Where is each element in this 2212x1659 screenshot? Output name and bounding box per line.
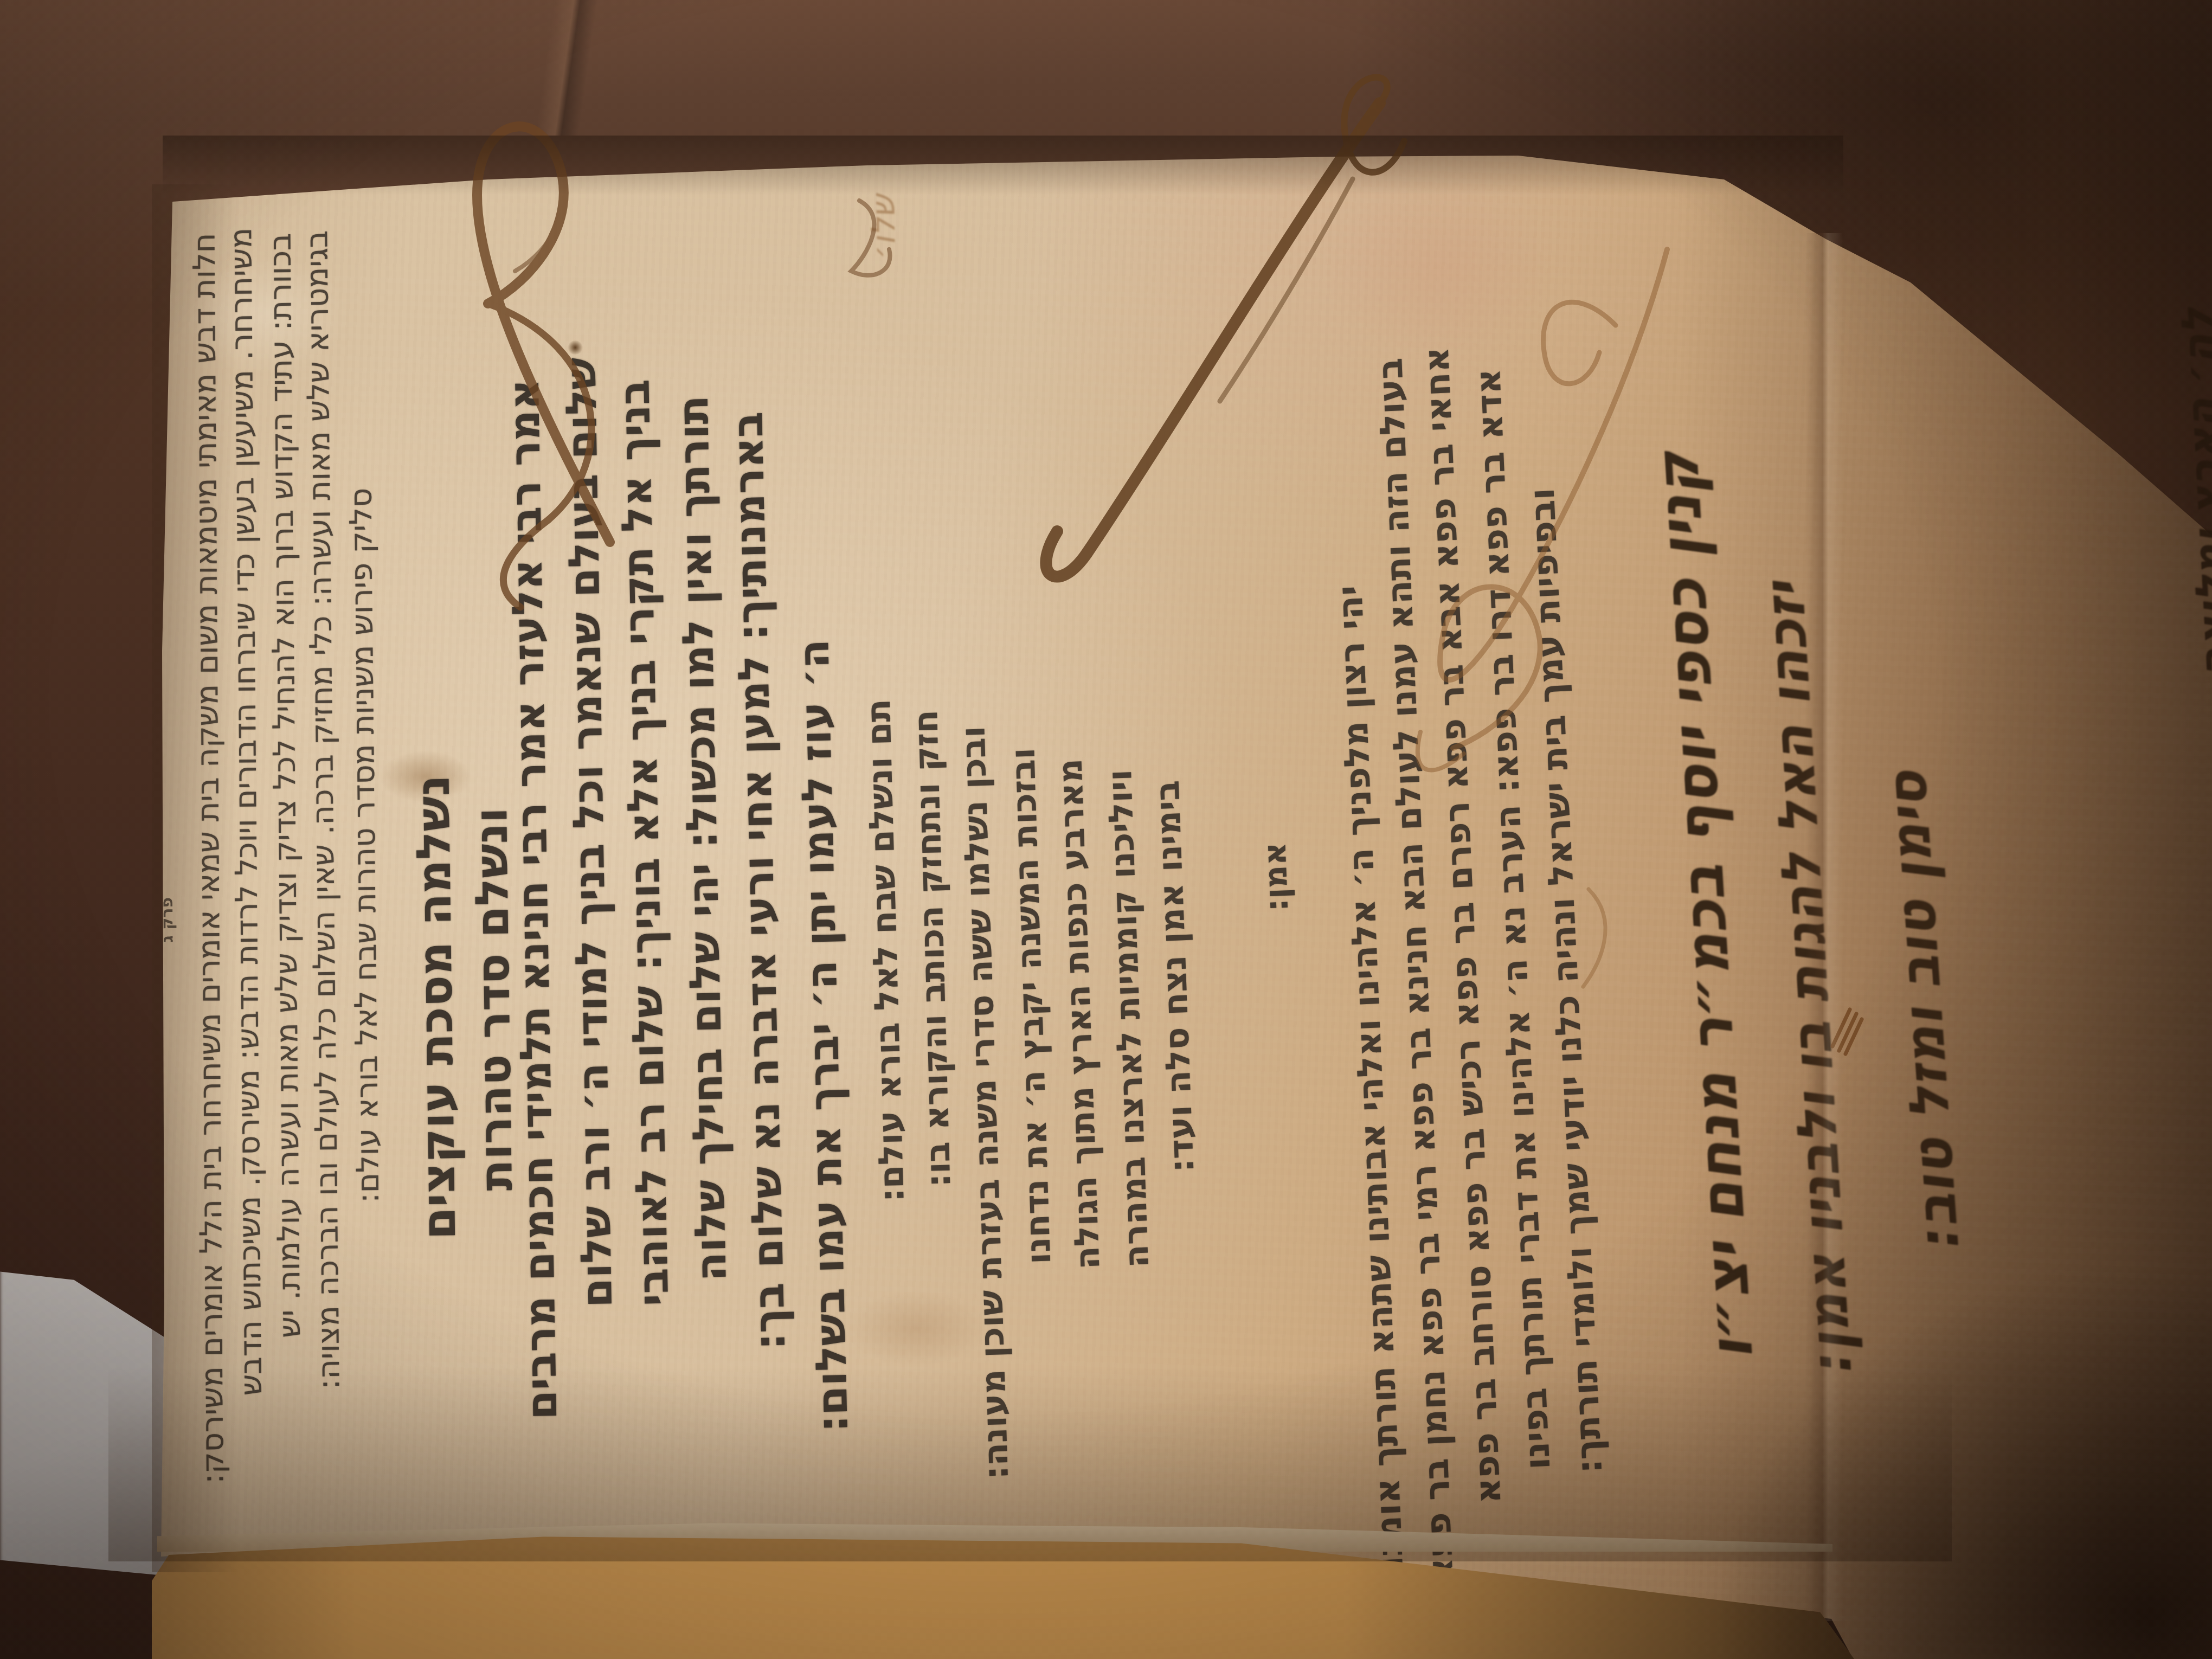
photo-of-antique-hebrew-book: פרק גחלות דבש מאימתי מיטמאות משום משקה ב… (0, 0, 2212, 1659)
photo-vignette (0, 0, 2212, 1659)
